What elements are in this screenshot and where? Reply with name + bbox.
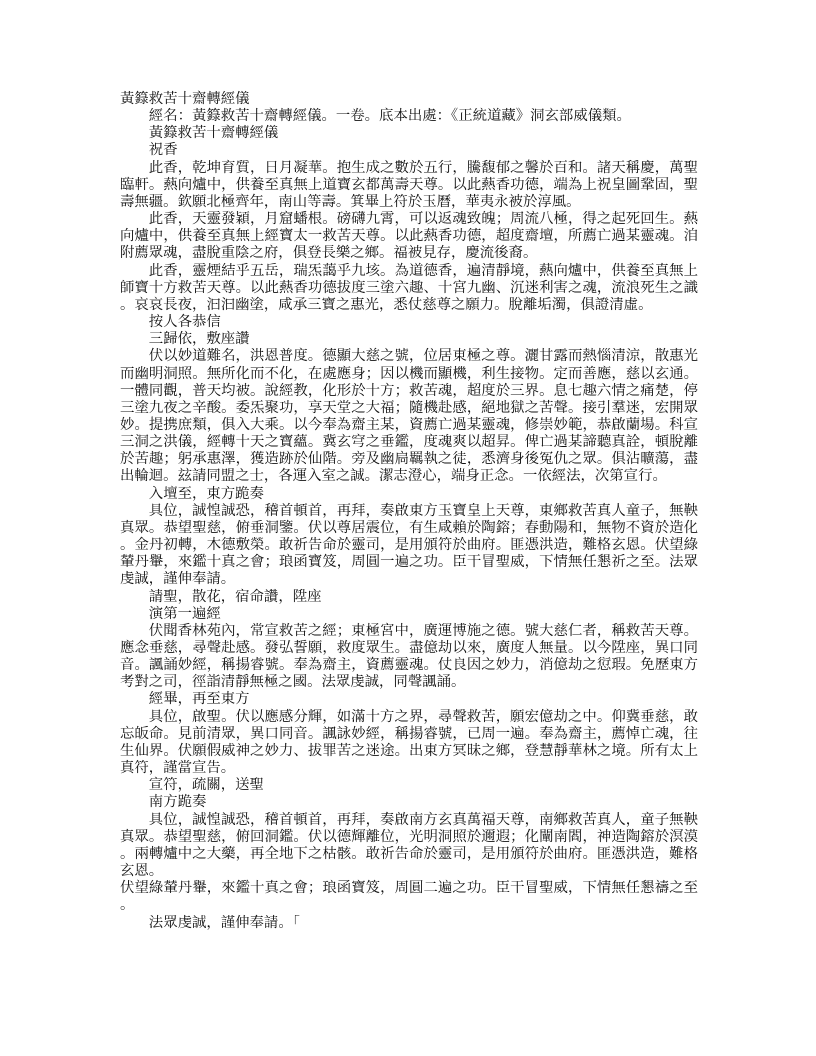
document-page: 黃籙救苦十齋轉經儀 經名：黃籙救苦十齋轉經儀。一卷。底本出處：《正統道藏》洞玄部… bbox=[120, 91, 698, 932]
paragraph: 此香，天靈發穎，月窟蟠根。磅礴九霄，可以返魂致魄；周流八極，得之起死回生。爇向爐… bbox=[120, 211, 698, 262]
section-heading-zhuxiang: 祝香 bbox=[120, 142, 698, 159]
paragraph: 具位，誠惶誠恐，稽首頓首，再拜，奏啟東方玉寶皇上天尊，東鄉救苦真人童子，無鞅真眾… bbox=[120, 503, 698, 589]
paragraph: 伏聞香林苑內，常宣救苦之經；東極宮中，廣運博施之德。號大慈仁者，稱救苦天尊。應念… bbox=[120, 623, 698, 692]
paragraph: 此香，靈煙結乎五岳，瑞炁藹乎九垓。為道德香，遍清靜境，爇向爐中，供養至真無上師寶… bbox=[120, 263, 698, 314]
section-heading: 按人各恭信 bbox=[120, 314, 698, 331]
section-heading: 入壇至，東方跪奏 bbox=[120, 486, 698, 503]
document-title: 黃籙救苦十齋轉經儀 bbox=[120, 91, 698, 108]
section-heading: 宣符，疏關，送聖 bbox=[120, 777, 698, 794]
section-heading: 請聖，散花，宿命讚，陞座 bbox=[120, 589, 698, 606]
section-heading: 南方跪奏 bbox=[120, 794, 698, 811]
paragraph: 具位，啟聖。伏以應感分輝，如滿十方之界，尋聲救苦，願宏億劫之中。仰冀垂慈，敢忘皈… bbox=[120, 709, 698, 778]
section-heading: 演第一遍經 bbox=[120, 606, 698, 623]
document-meta: 經名：黃籙救苦十齋轉經儀。一卷。底本出處：《正統道藏》洞玄部威儀類。 bbox=[120, 108, 698, 125]
document-subtitle: 黃籙救苦十齋轉經儀 bbox=[120, 125, 698, 142]
closing-line: 法眾虔誠，謹伸奉請。「 bbox=[120, 915, 698, 932]
section-heading: 經畢，再至東方 bbox=[120, 691, 698, 708]
paragraph: 具位，誠惶誠恐，稽首頓首，再拜，奏啟南方玄真萬福天尊，南鄉救苦真人，童子無鞅真眾… bbox=[120, 812, 698, 881]
section-heading: 三歸依，敷座讚 bbox=[120, 331, 698, 348]
paragraph: 伏望綠輦丹轝，來鑑十真之會；琅函寶笈，周圓二遍之功。臣干冒聖威，下情無任懇禱之至… bbox=[120, 880, 698, 914]
paragraph: 此香，乾坤育質，日月凝華。抱生成之數於五行，騰馥郁之馨於百和。諸天稱慶，萬聖臨軒… bbox=[120, 160, 698, 211]
paragraph: 伏以妙道難名，洪恩普度。德顯大慈之號，位居東極之尊。灑甘露而熱惱清涼，散惠光而幽… bbox=[120, 348, 698, 485]
